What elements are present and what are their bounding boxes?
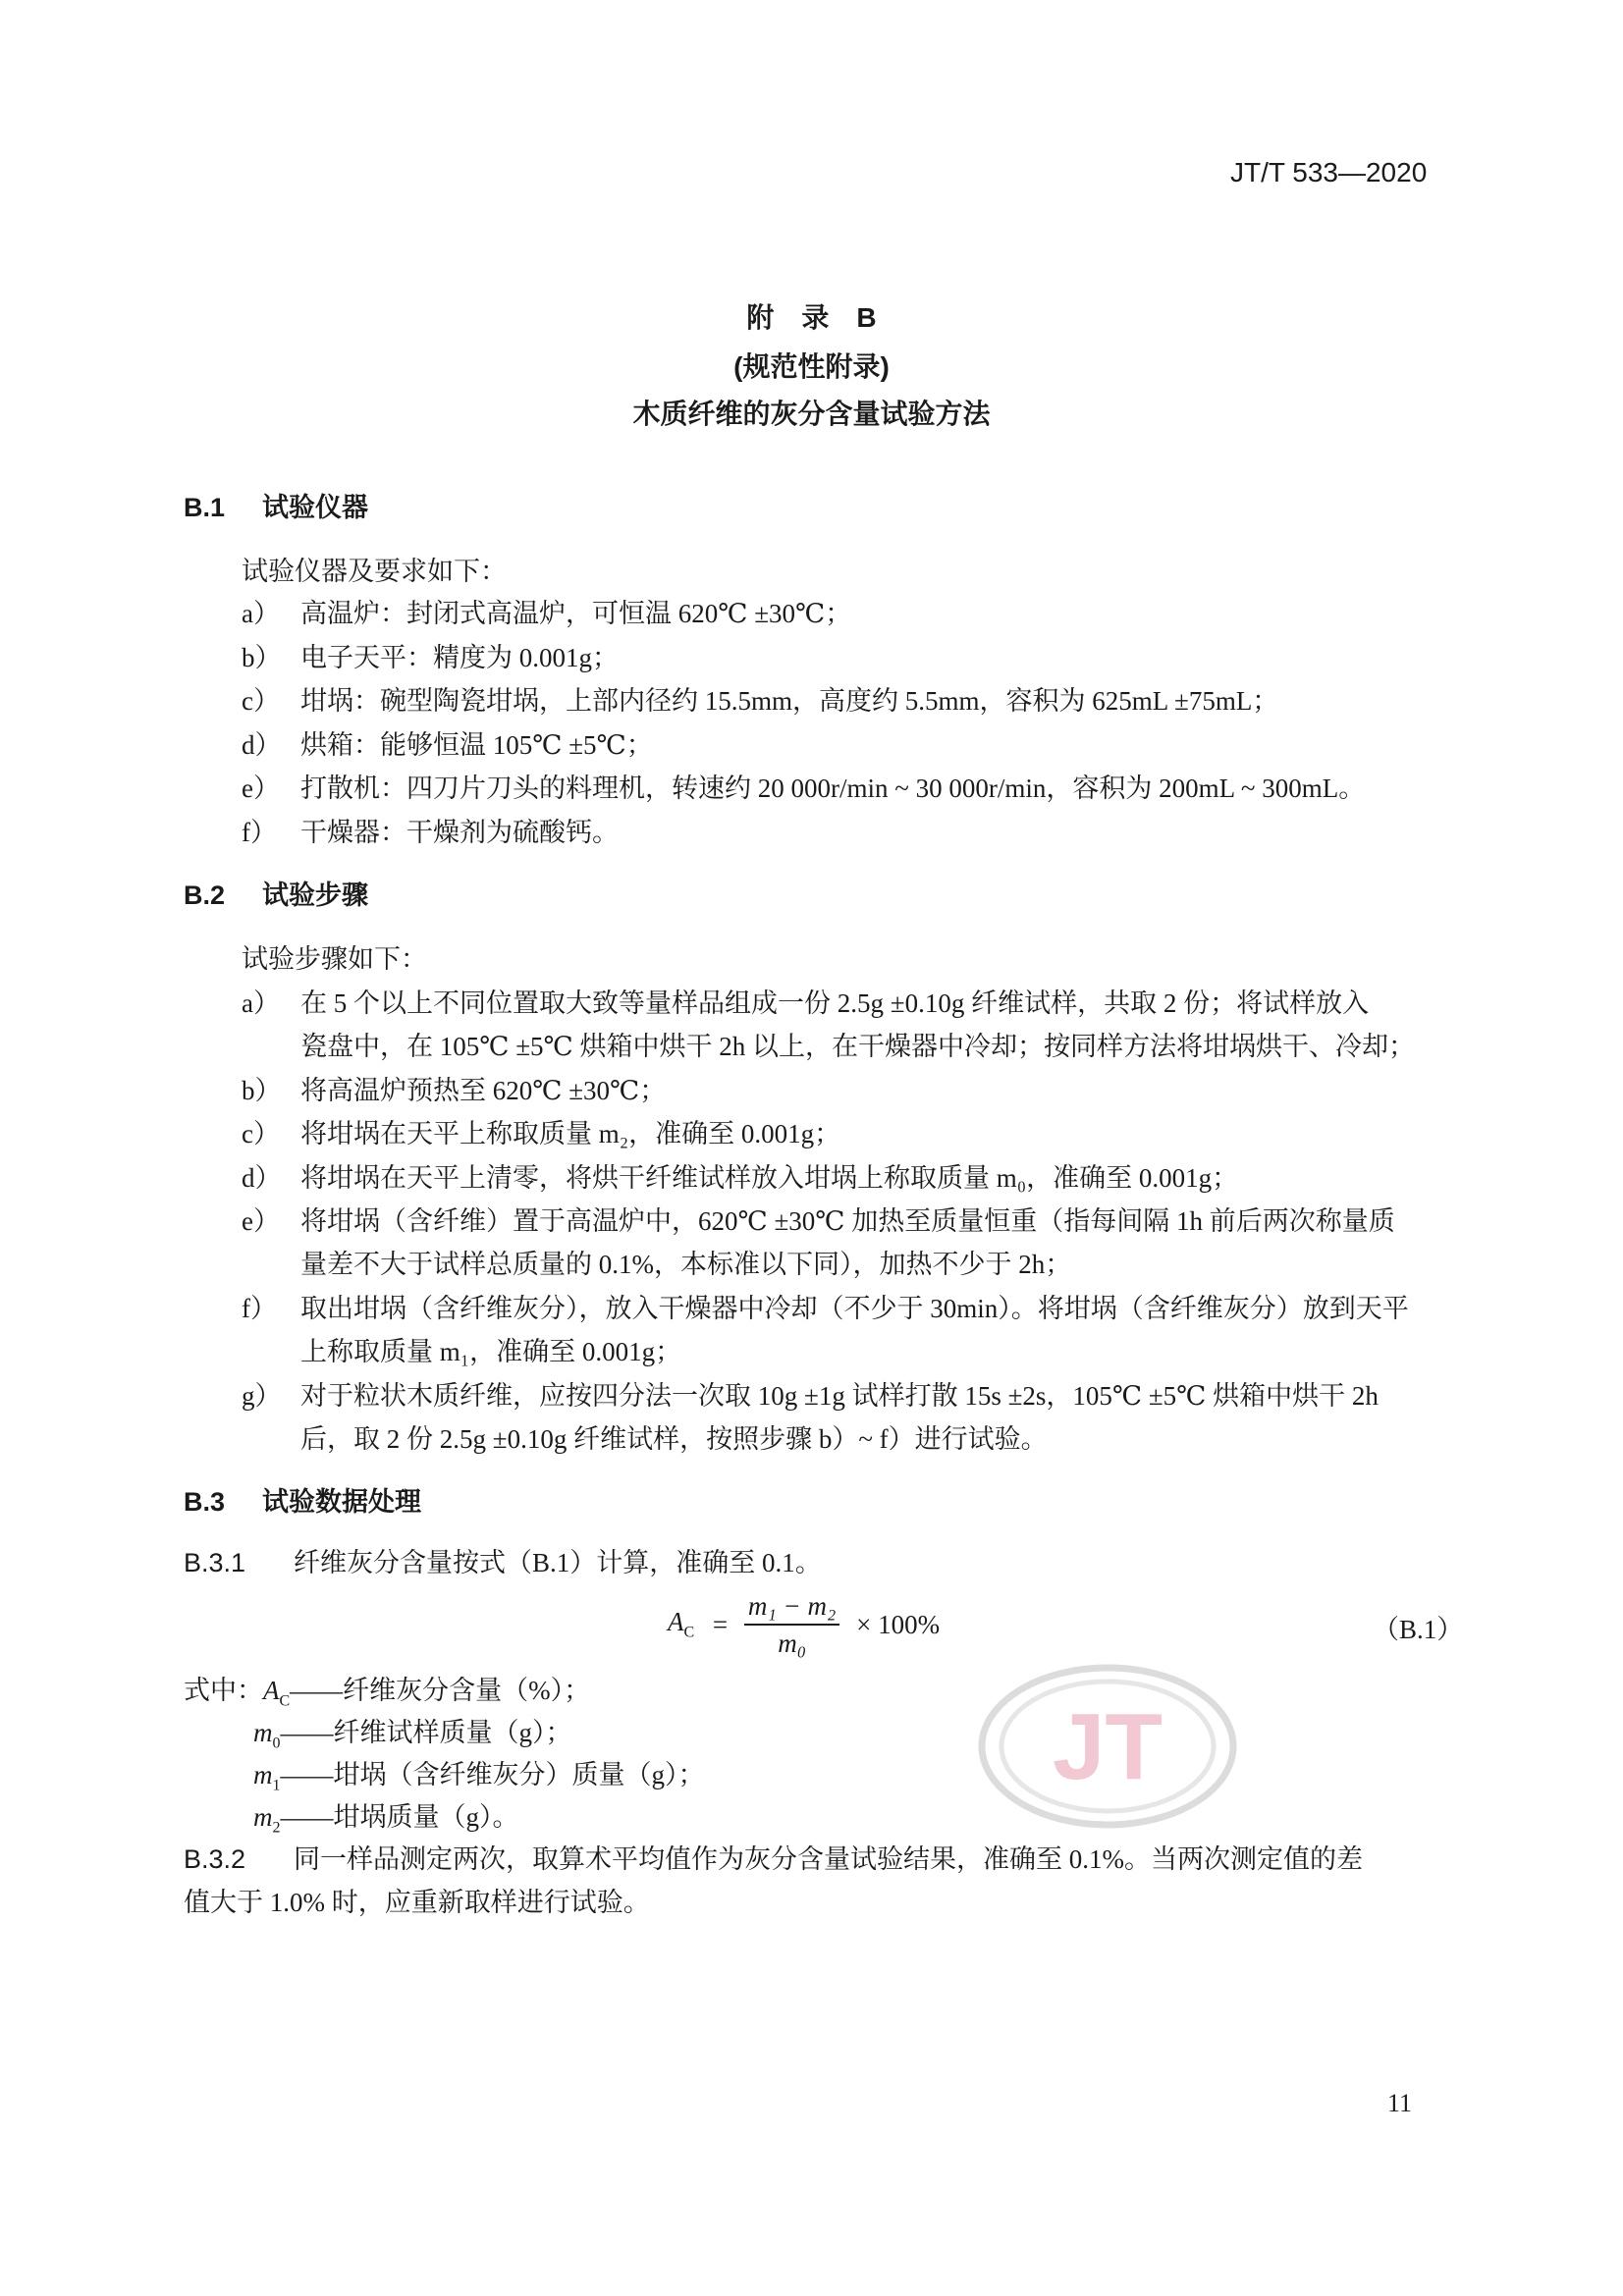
- formula-multiplier: × 100%: [856, 1610, 940, 1640]
- formula-numerator: m₁ − m₂: [744, 1588, 840, 1626]
- list-item: d）烘箱：能够恒温 105℃ ±5℃；: [242, 723, 653, 762]
- where-definition: 式中：AC——纤维灰分含量（%）；: [184, 1669, 590, 1710]
- appendix-title: 附录B: [0, 296, 1623, 336]
- item-label: e）: [242, 767, 300, 805]
- page-number: 11: [1387, 2089, 1412, 2118]
- item-text: 坩埚：碗型陶瓷坩埚，上部内径约 15.5mm，高度约 5.5mm，容积为 625…: [300, 686, 1278, 716]
- item-text: 取出坩埚（含纤维灰分），放入干燥器中冷却（不少于 30min）。将坩埚（含纤维灰…: [300, 1294, 1409, 1323]
- item-continuation: 后，取 2 份 2.5g ±0.10g 纤维试样，按照步骤 b）~ f）进行试验…: [300, 1417, 1048, 1456]
- list-item: d）将坩埚在天平上清零，将烘干纤维试样放入坩埚上称取质量 m₀，准确至 0.00…: [242, 1156, 1238, 1195]
- section-number: B.1: [184, 493, 262, 523]
- item-text: 将坩埚（含纤维）置于高温炉中，620℃ ±30℃ 加热至质量恒重（指每间隔 1h…: [300, 1206, 1395, 1236]
- item-continuation: 上称取质量 m₁，准确至 0.001g；: [300, 1330, 681, 1368]
- section-heading-b1: B.1试验仪器: [184, 486, 368, 524]
- where-prefix: 式中：: [184, 1676, 263, 1705]
- list-item: a）高温炉：封闭式高温炉，可恒温 620℃ ±30℃；: [242, 592, 851, 630]
- formula-denominator: m₀: [744, 1626, 840, 1661]
- item-text: 干燥器：干燥剂为硫酸钙。: [300, 818, 619, 847]
- list-item: e）打散机：四刀片刀头的料理机，转速约 20 000r/min ~ 30 000…: [242, 767, 1365, 805]
- clause-continuation: 值大于 1.0% 时，应重新取样进行试验。: [184, 1881, 650, 1919]
- jt-watermark-logo: JT: [978, 1663, 1237, 1830]
- formula-fraction: m₁ − m₂ m₀: [744, 1588, 840, 1661]
- item-text: 将高温炉预热至 620℃ ±30℃；: [300, 1076, 666, 1105]
- where-definition: m0——纤维试样质量（g）；: [253, 1711, 572, 1752]
- list-item: c）将坩埚在天平上称取质量 m₂，准确至 0.001g；: [242, 1112, 840, 1150]
- list-item: c）坩埚：碗型陶瓷坩埚，上部内径约 15.5mm，高度约 5.5mm，容积为 6…: [242, 679, 1278, 718]
- section-title: 试验仪器: [262, 493, 368, 522]
- where-definition: m1——坩埚（含纤维灰分）质量（g）；: [253, 1753, 705, 1794]
- item-continuation: 瓷盘中，在 105℃ ±5℃ 烘箱中烘干 2h 以上，在干燥器中冷却；按同样方法…: [300, 1025, 1415, 1063]
- section-intro: 试验仪器及要求如下：: [242, 550, 507, 588]
- item-text: 烘箱：能够恒温 105℃ ±5℃；: [300, 730, 653, 760]
- section-number: B.2: [184, 881, 262, 911]
- section-heading-b2: B.2试验步骤: [184, 874, 368, 912]
- section-heading-b3: B.3试验数据处理: [184, 1480, 421, 1519]
- item-text: 将坩埚在天平上称取质量 m₂，准确至 0.001g；: [300, 1119, 840, 1148]
- item-text: 电子天平：精度为 0.001g；: [300, 643, 619, 672]
- item-text: 对于粒状木质纤维，应按四分法一次取 10g ±1g 试样打散 15s ±2s，1…: [300, 1381, 1379, 1411]
- item-text: 高温炉：封闭式高温炉，可恒温 620℃ ±30℃；: [300, 599, 851, 628]
- list-item: e）将坩埚（含纤维）置于高温炉中，620℃ ±30℃ 加热至质量恒重（指每间隔 …: [242, 1200, 1395, 1238]
- appendix-name: 木质纤维的灰分含量试验方法: [0, 393, 1623, 432]
- item-continuation: 量差不大于试样总质量的 0.1%，本标准以下同），加热不少于 2h；: [300, 1243, 1071, 1281]
- list-item: a）在 5 个以上不同位置取大致等量样品组成一份 2.5g ±0.10g 纤维试…: [242, 982, 1369, 1020]
- standard-code: JT/T 533—2020: [1230, 157, 1427, 188]
- list-item: f）取出坩埚（含纤维灰分），放入干燥器中冷却（不少于 30min）。将坩埚（含纤…: [242, 1287, 1409, 1325]
- svg-text:JT: JT: [1053, 1694, 1163, 1799]
- clause-number: B.3.1: [184, 1548, 294, 1578]
- item-label: b）: [242, 636, 300, 674]
- item-label: a）: [242, 592, 300, 630]
- list-item: f）干燥器：干燥剂为硫酸钙。: [242, 811, 619, 849]
- section-title: 试验数据处理: [262, 1487, 421, 1517]
- list-item: b）将高温炉预热至 620℃ ±30℃；: [242, 1069, 666, 1107]
- section-number: B.3: [184, 1487, 262, 1518]
- clause-b3-1: B.3.1纤维灰分含量按式（B.1）计算，准确至 0.1。: [184, 1541, 822, 1579]
- item-label: f）: [242, 811, 300, 849]
- item-label: g）: [242, 1374, 300, 1413]
- item-label: e）: [242, 1200, 300, 1238]
- item-label: c）: [242, 1112, 300, 1150]
- item-text: 打散机：四刀片刀头的料理机，转速约 20 000r/min ~ 30 000r/…: [300, 774, 1365, 803]
- item-label: d）: [242, 723, 300, 762]
- formula-b1: AC = m₁ − m₂ m₀ × 100%: [668, 1588, 940, 1667]
- item-label: b）: [242, 1069, 300, 1107]
- document-page: JT/T 533—2020 附录B (规范性附录) 木质纤维的灰分含量试验方法 …: [0, 0, 1623, 2296]
- item-label: d）: [242, 1156, 300, 1195]
- item-label: c）: [242, 679, 300, 718]
- item-label: f）: [242, 1287, 300, 1325]
- appendix-type: (规范性附录): [0, 346, 1623, 385]
- clause-text: 同一样品测定两次，取算术平均值作为灰分含量试验结果，准确至 0.1%。当两次测定…: [294, 1844, 1363, 1874]
- appendix-title-part: 附: [746, 296, 774, 336]
- formula-lhs: AC: [668, 1607, 694, 1641]
- item-text: 在 5 个以上不同位置取大致等量样品组成一份 2.5g ±0.10g 纤维试样，…: [300, 988, 1369, 1018]
- section-intro: 试验步骤如下：: [242, 937, 427, 976]
- list-item: g）对于粒状木质纤维，应按四分法一次取 10g ±1g 试样打散 15s ±2s…: [242, 1374, 1379, 1413]
- equation-number: （B.1）: [1373, 1608, 1463, 1646]
- section-title: 试验步骤: [262, 881, 368, 910]
- item-text: 将坩埚在天平上清零，将烘干纤维试样放入坩埚上称取质量 m₀，准确至 0.001g…: [300, 1163, 1238, 1193]
- clause-b3-2: B.3.2同一样品测定两次，取算术平均值作为灰分含量试验结果，准确至 0.1%。…: [184, 1838, 1363, 1876]
- clause-number: B.3.2: [184, 1844, 294, 1875]
- clause-text: 纤维灰分含量按式（B.1）计算，准确至 0.1。: [294, 1548, 822, 1577]
- where-definition: m2——坩埚质量（g）。: [253, 1795, 519, 1837]
- appendix-title-part: B: [856, 302, 876, 334]
- item-label: a）: [242, 982, 300, 1020]
- appendix-title-part: 录: [801, 296, 829, 336]
- formula-equals: =: [713, 1610, 728, 1640]
- list-item: b）电子天平：精度为 0.001g；: [242, 636, 619, 674]
